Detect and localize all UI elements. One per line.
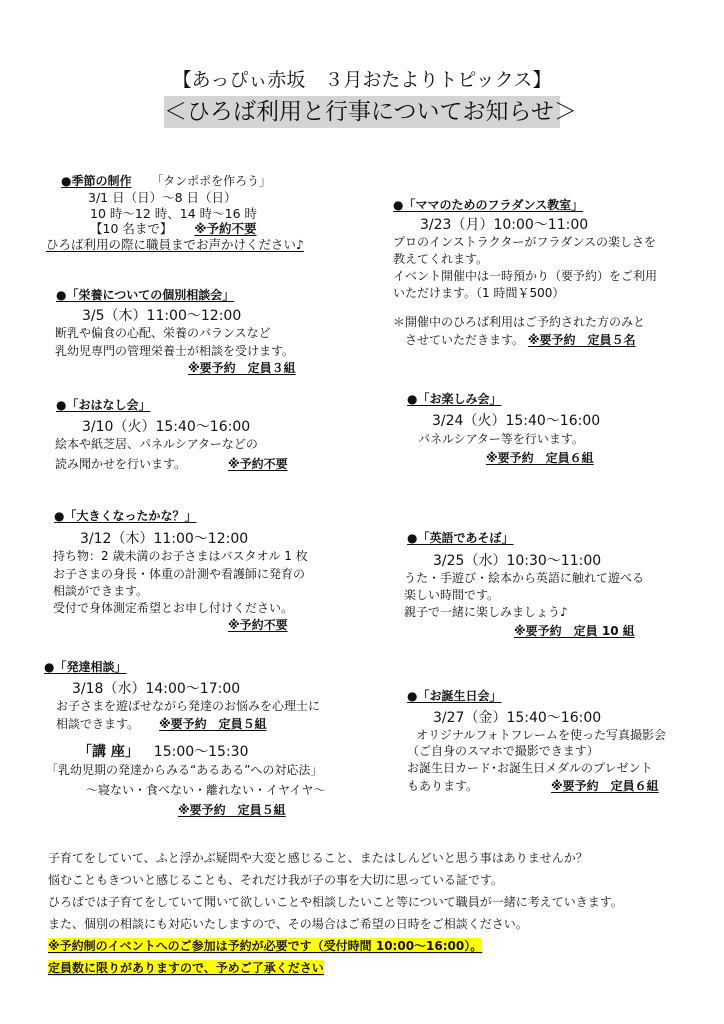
reservation-note: ※予約不要 bbox=[194, 221, 256, 236]
event-desc: 断乳や偏食の心配、栄養のバランスなど bbox=[55, 325, 271, 341]
footer-paragraph: ひろばでは子育てをしていて聞いて欲しいことや相談したいこと等について職員が一緒に… bbox=[48, 894, 623, 910]
event-desc: 持ち物：2 歳未満のお子さまはバスタオル 1 枚 bbox=[53, 548, 308, 564]
event-datetime: 3/23（月）10:00～11:00 bbox=[420, 216, 588, 234]
event-title: 「タンポポを作ろう」 bbox=[151, 174, 271, 188]
event-heading: ●「ママのためのフラダンス教室」 bbox=[393, 197, 583, 213]
reservation-note: ※要予約 定員６組 bbox=[551, 778, 659, 794]
reservation-note: ※要予約 定員６組 bbox=[486, 450, 594, 466]
event-date: 3/1 日（日）～8 日（日） bbox=[88, 190, 237, 206]
event-desc: 受付で身体測定希望とお申し付けください。 bbox=[53, 600, 293, 616]
reservation-note: ※要予約 定員 10 組 bbox=[514, 623, 635, 639]
event-heading: ●「発達相談」 bbox=[44, 659, 126, 675]
event-desc: いただけます。（1 時間￥500） bbox=[393, 285, 564, 301]
reservation-note: ※要予約 定員３組 bbox=[188, 360, 296, 376]
event-note: ＊開催中のひろば利用はご予約された方のみと bbox=[393, 314, 645, 330]
event-heading: ●「大きくなったかな？」 bbox=[54, 508, 196, 524]
event-desc: 絵本や紙芝居、パネルシアターなどの bbox=[55, 436, 258, 452]
event-note: させていただきます。 bbox=[405, 333, 524, 347]
lecture-label: 「講 座」 bbox=[78, 744, 139, 760]
reservation-notice: ※予約制のイベントへのご参加は予約が必要です（受付時間 10:00～16:00）… bbox=[48, 938, 482, 954]
event-heading: ●「栄養についての個別相談会」 bbox=[56, 287, 234, 303]
footer-paragraph: また、個別の相談にも対応いたしますので、その場合はご希望の日時をご相談ください。 bbox=[48, 916, 528, 932]
event-time: 10 時～12 時、14 時～16 時 bbox=[90, 206, 257, 222]
event-desc: もあります。 bbox=[407, 778, 478, 794]
event-desc: パネルシアター等を行います。 bbox=[418, 431, 584, 447]
event-desc: お誕生日カード･お誕生日メダルのプレゼント bbox=[407, 760, 653, 776]
event-desc: うた・手遊び・絵本から英語に触れて遊べる bbox=[404, 570, 644, 586]
event-capacity: 【10 名まで】 bbox=[90, 221, 172, 236]
reservation-note: ※予約不要 bbox=[228, 456, 288, 472]
event-datetime: 3/24（火）15:40～16:00 bbox=[432, 412, 600, 430]
event-desc: プロのインストラクターがフラダンスの楽しさを bbox=[393, 234, 656, 250]
event-heading: ●「お誕生日会」 bbox=[407, 688, 501, 704]
event-desc: 乳幼児専門の管理栄養士が相談を受けます。 bbox=[55, 343, 294, 359]
reservation-note: ※予約不要 bbox=[228, 617, 288, 633]
event-datetime: 3/12（木）11:00～12:00 bbox=[80, 530, 248, 548]
footer-paragraph: 悩むこともきついと感じることも、それだけ我が子の事を大切に思っている証です。 bbox=[48, 872, 503, 888]
lecture-time: 15:00～15:30 bbox=[154, 744, 249, 760]
reservation-note: ※要予約 定員５組 bbox=[159, 716, 267, 732]
event-desc: 相談ができます。 bbox=[53, 583, 148, 599]
event-heading: ●「おはなし会」 bbox=[56, 397, 150, 413]
event-heading: ●「お楽しみ会」 bbox=[407, 391, 501, 407]
event-desc: お子さまを遊ばせながら発達のお悩みを心理士に bbox=[56, 698, 320, 714]
reservation-note: ※要予約 定員５組 bbox=[178, 802, 286, 818]
event-desc: 読み聞かせを行います。 bbox=[55, 456, 186, 472]
lecture-subtitle: ～寝ない・食べない・離れない・イヤイヤ～ bbox=[86, 782, 326, 798]
capacity-notice: 定員数に限りがありますので、予めご了承ください bbox=[48, 960, 324, 976]
event-datetime: 3/10（火）15:40～16:00 bbox=[82, 418, 250, 436]
event-desc: お子さまの身長・体重の計測や看護師に発育の bbox=[53, 566, 305, 582]
newsletter-title: 【あっぴぃ赤坂 ３月おたよりトピックス】 bbox=[0, 68, 724, 92]
newsletter-subtitle: ＜ひろば利用と行事についてお知らせ＞ bbox=[164, 96, 560, 128]
event-datetime: 3/5（木）11:00～12:00 bbox=[82, 307, 241, 325]
footer-paragraph: 子育てをしていて、ふと浮かぶ疑問や大変と感じること、またはしんどいと思う事はあり… bbox=[48, 850, 588, 866]
event-heading: ●季節の制作 bbox=[61, 174, 131, 188]
event-desc: 相談できます。 bbox=[56, 716, 139, 732]
event-desc: 親子で一緒に楽しみましょう♪ bbox=[404, 604, 568, 620]
event-datetime: 3/27（金）15:40～16:00 bbox=[433, 709, 601, 727]
event-desc: オリジナルフォトフレームを使った写真撮影会 bbox=[416, 727, 666, 743]
lecture-title: 「乳幼児期の発達からみる“あるある”への対応法」 bbox=[46, 762, 322, 778]
event-desc: イベント開催中は一時預かり（要予約）をご利用 bbox=[393, 268, 657, 284]
event-desc: 楽しい時間です。 bbox=[404, 587, 499, 603]
event-datetime: 3/18（水）14:00～17:00 bbox=[72, 680, 240, 698]
event-note: ひろば利用の際に職員までお声かけください♪ bbox=[46, 237, 304, 253]
event-datetime: 3/25（水）10:30～11:00 bbox=[433, 552, 601, 570]
event-desc: （ご自身のスマホで撮影できます） bbox=[407, 743, 599, 759]
reservation-note: ※要予約 定員５名 bbox=[528, 333, 636, 347]
event-heading: ●「英語であそぼ」 bbox=[407, 530, 513, 546]
event-desc: 教えてくれます。 bbox=[393, 251, 488, 267]
